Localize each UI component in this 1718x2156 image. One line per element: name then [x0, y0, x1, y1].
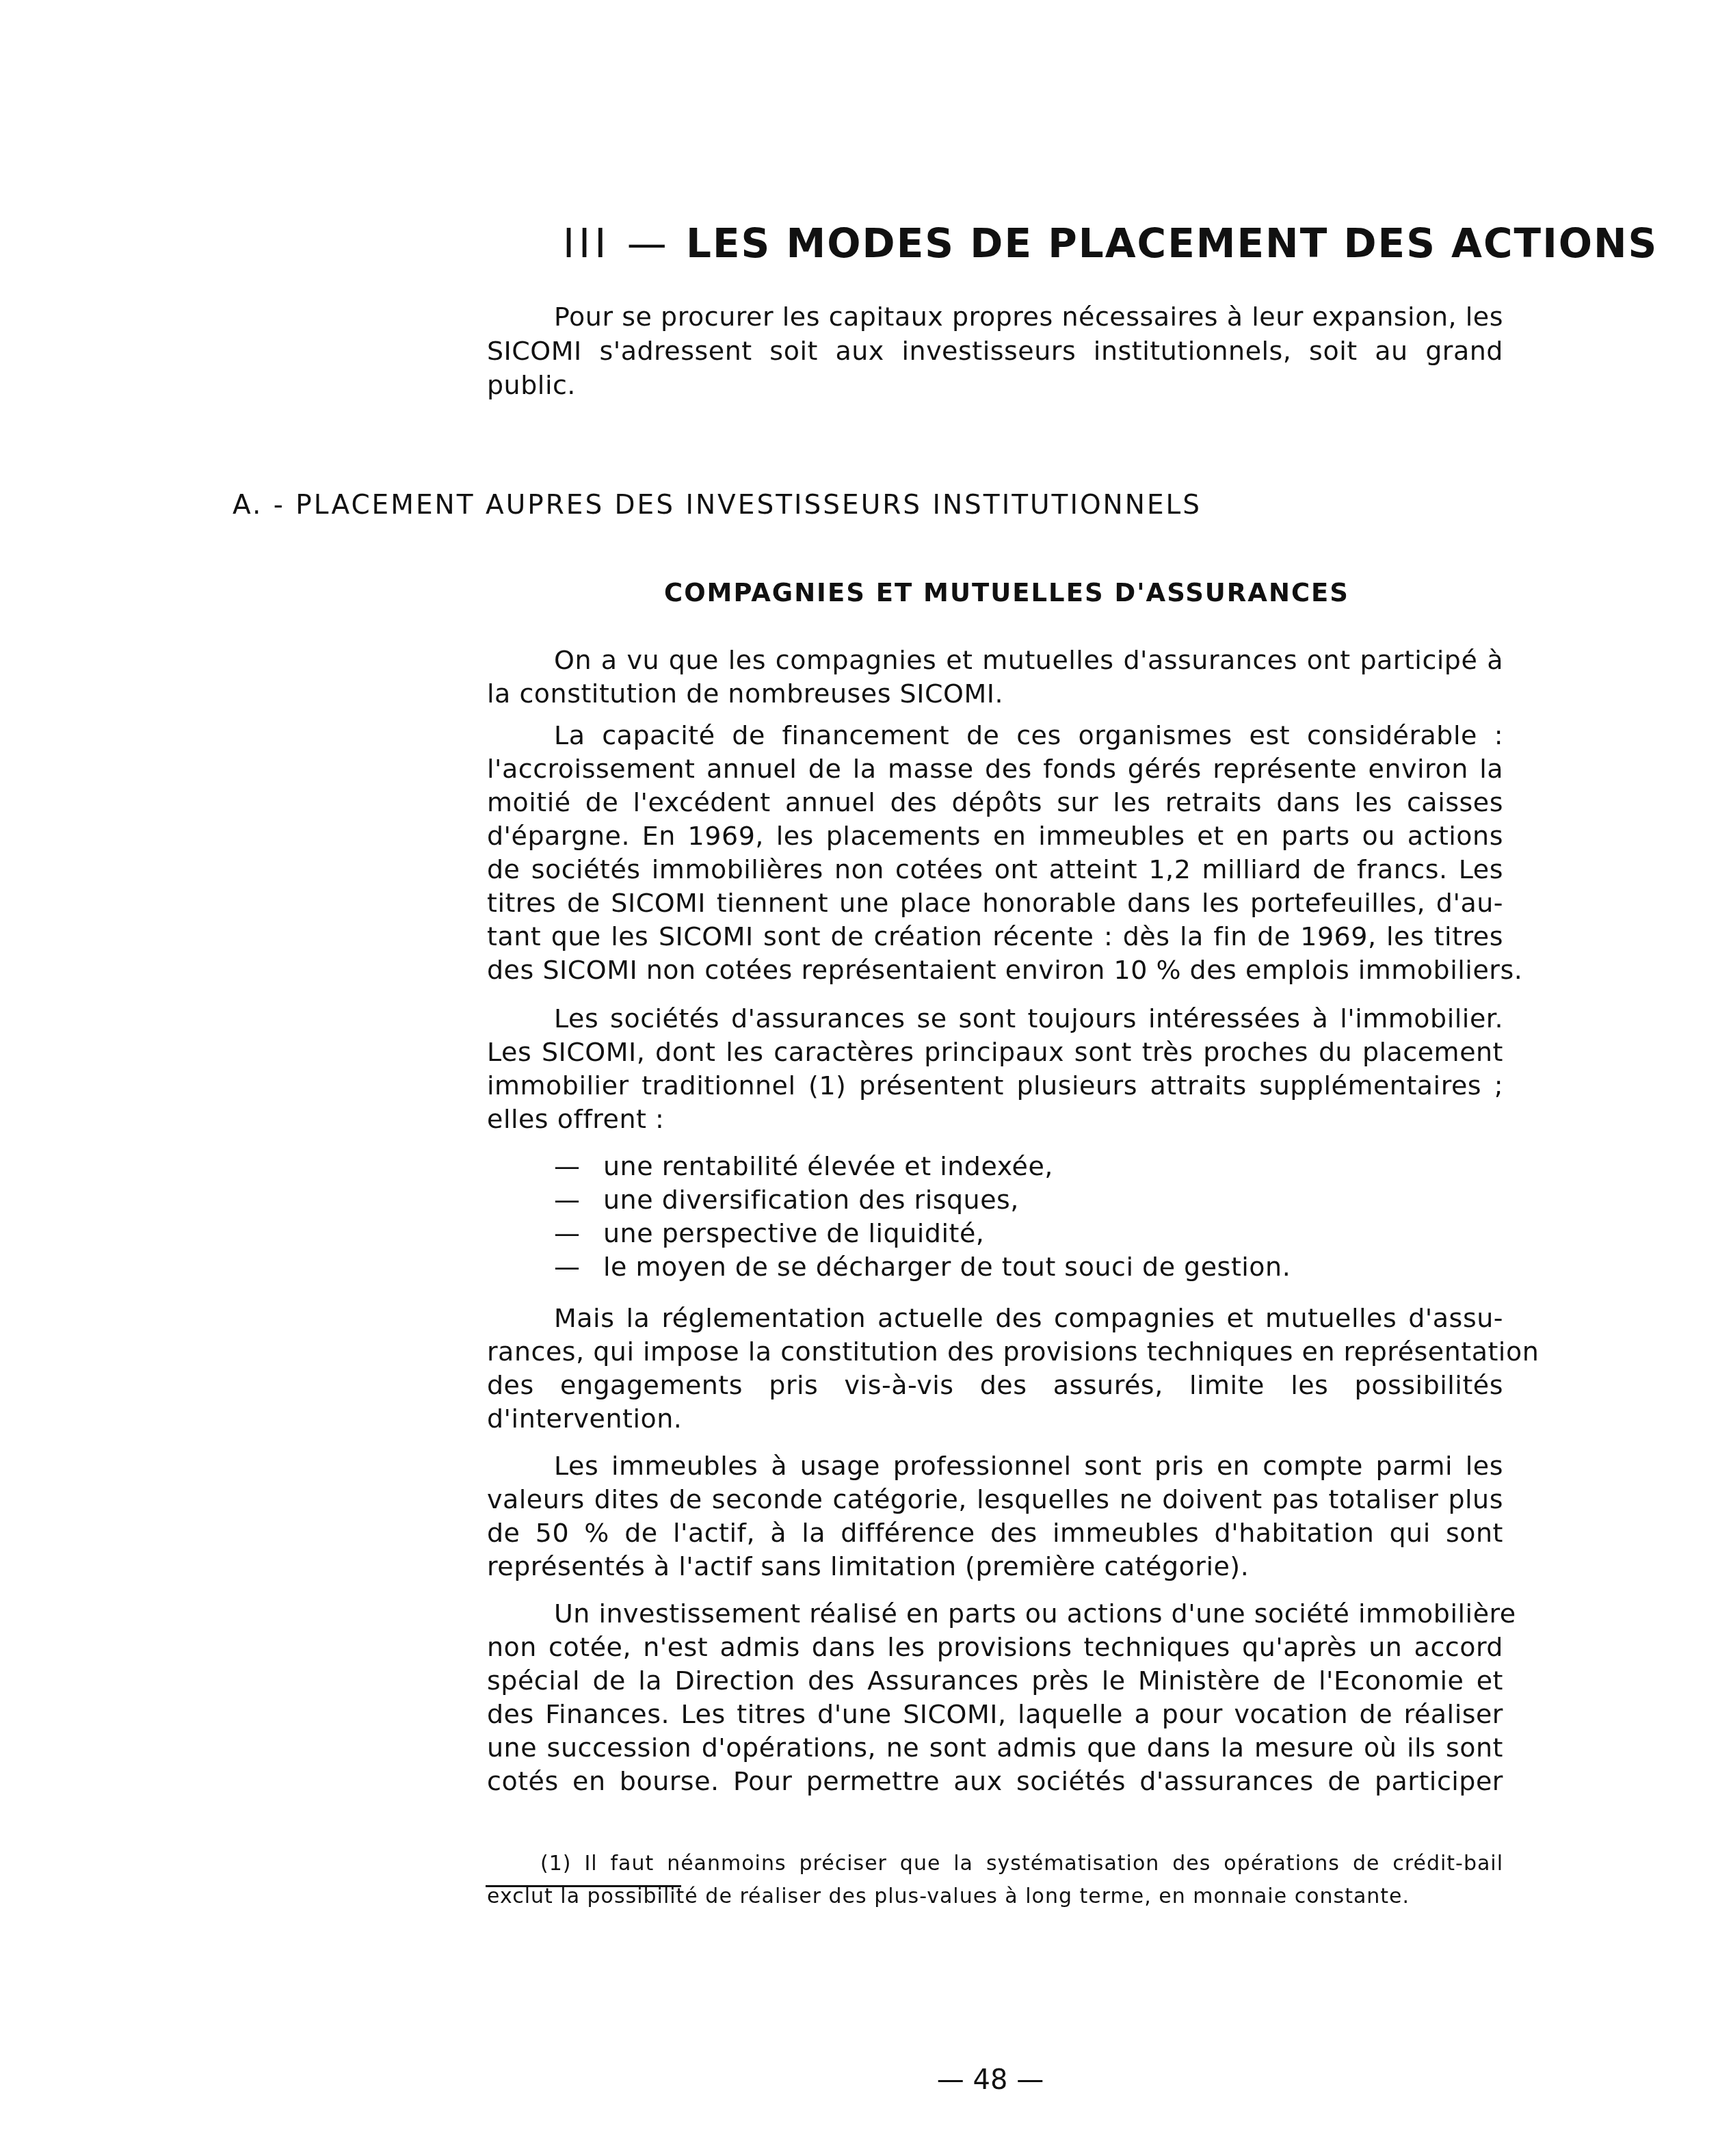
text-line: moitié de l'excédent annuel des dépôts s…: [487, 789, 1503, 815]
list-item-text: le moyen de se décharger de tout souci d…: [603, 1252, 1291, 1282]
text-line: rances, qui impose la constitution des p…: [487, 1339, 1503, 1365]
footnote-line: (1) Il faut néanmoins préciser que la sy…: [540, 1854, 1503, 1874]
text-line: la constitution de nombreuses SICOMI.: [487, 681, 1503, 707]
list-item: —le moyen de se décharger de tout souci …: [554, 1254, 1291, 1280]
text-line: Les sociétés d'assurances se sont toujou…: [554, 1005, 1503, 1031]
list-item: —une diversification des risques,: [554, 1187, 1019, 1213]
list-item: —une perspective de liquidité,: [554, 1220, 984, 1246]
text-line: représentés à l'actif sans limitation (p…: [487, 1553, 1503, 1579]
text-line: de 50 % de l'actif, à la différence des …: [487, 1520, 1503, 1546]
text-line: tant que les SICOMI sont de création réc…: [487, 923, 1503, 949]
list-item-text: une diversification des risques,: [603, 1185, 1019, 1215]
text-line: des SICOMI non cotées représentaient env…: [487, 957, 1503, 983]
chapter-title-text: LES MODES DE PLACEMENT DES ACTIONS: [686, 220, 1658, 267]
dash-bullet-icon: —: [554, 1153, 603, 1179]
text-line: non cotée, n'est admis dans les provisio…: [487, 1634, 1503, 1660]
text-line: immobilier traditionnel (1) présentent p…: [487, 1073, 1503, 1099]
footnote-line: exclut la possibilité de réaliser des pl…: [487, 1886, 1503, 1907]
list-item-text: une rentabilité élevée et indexée,: [603, 1151, 1053, 1181]
text-line: une succession d'opérations, ne sont adm…: [487, 1735, 1503, 1761]
text-line: public.: [487, 372, 1503, 398]
text-line: titres de SICOMI tiennent une place hono…: [487, 890, 1503, 916]
dash-bullet-icon: —: [554, 1254, 603, 1280]
text-line: spécial de la Direction des Assurances p…: [487, 1668, 1503, 1694]
text-line: Les immeubles à usage professionnel sont…: [554, 1453, 1503, 1479]
text-line: des engagements pris vis-à-vis des assur…: [487, 1372, 1503, 1398]
text-line: SICOMI s'adressent soit aux investisseur…: [487, 338, 1503, 364]
list-item: —une rentabilité élevée et indexée,: [554, 1153, 1053, 1179]
text-line: l'accroissement annuel de la masse des f…: [487, 756, 1503, 782]
subsection-heading: COMPAGNIES ET MUTUELLES D'ASSURANCES: [664, 578, 1349, 607]
text-line: Mais la réglementation actuelle des comp…: [554, 1305, 1503, 1331]
dash-bullet-icon: —: [554, 1220, 603, 1246]
page-number: — 48 —: [922, 2064, 1059, 2096]
chapter-number: III —: [563, 220, 671, 267]
text-line: On a vu que les compagnies et mutuelles …: [554, 647, 1503, 673]
list-item-text: une perspective de liquidité,: [603, 1218, 984, 1248]
text-line: valeurs dites de seconde catégorie, lesq…: [487, 1486, 1503, 1512]
text-line: elles offrent :: [487, 1106, 1503, 1132]
text-line: cotés en bourse. Pour permettre aux soci…: [487, 1768, 1503, 1794]
text-line: d'intervention.: [487, 1406, 1503, 1432]
text-line: Les SICOMI, dont les caractères principa…: [487, 1039, 1503, 1065]
text-line: des Finances. Les titres d'une SICOMI, l…: [487, 1701, 1503, 1727]
text-line: de sociétés immobilières non cotées ont …: [487, 856, 1503, 882]
text-line: La capacité de financement de ces organi…: [554, 722, 1503, 748]
chapter-title: III — LES MODES DE PLACEMENT DES ACTIONS: [563, 220, 1658, 267]
text-line: Un investissement réalisé en parts ou ac…: [554, 1601, 1503, 1627]
text-line: d'épargne. En 1969, les placements en im…: [487, 823, 1503, 849]
dash-bullet-icon: —: [554, 1187, 603, 1213]
section-heading: A. - PLACEMENT AUPRES DES INVESTISSEURS …: [233, 490, 1202, 521]
text-line: Pour se procurer les capitaux propres né…: [554, 304, 1503, 330]
